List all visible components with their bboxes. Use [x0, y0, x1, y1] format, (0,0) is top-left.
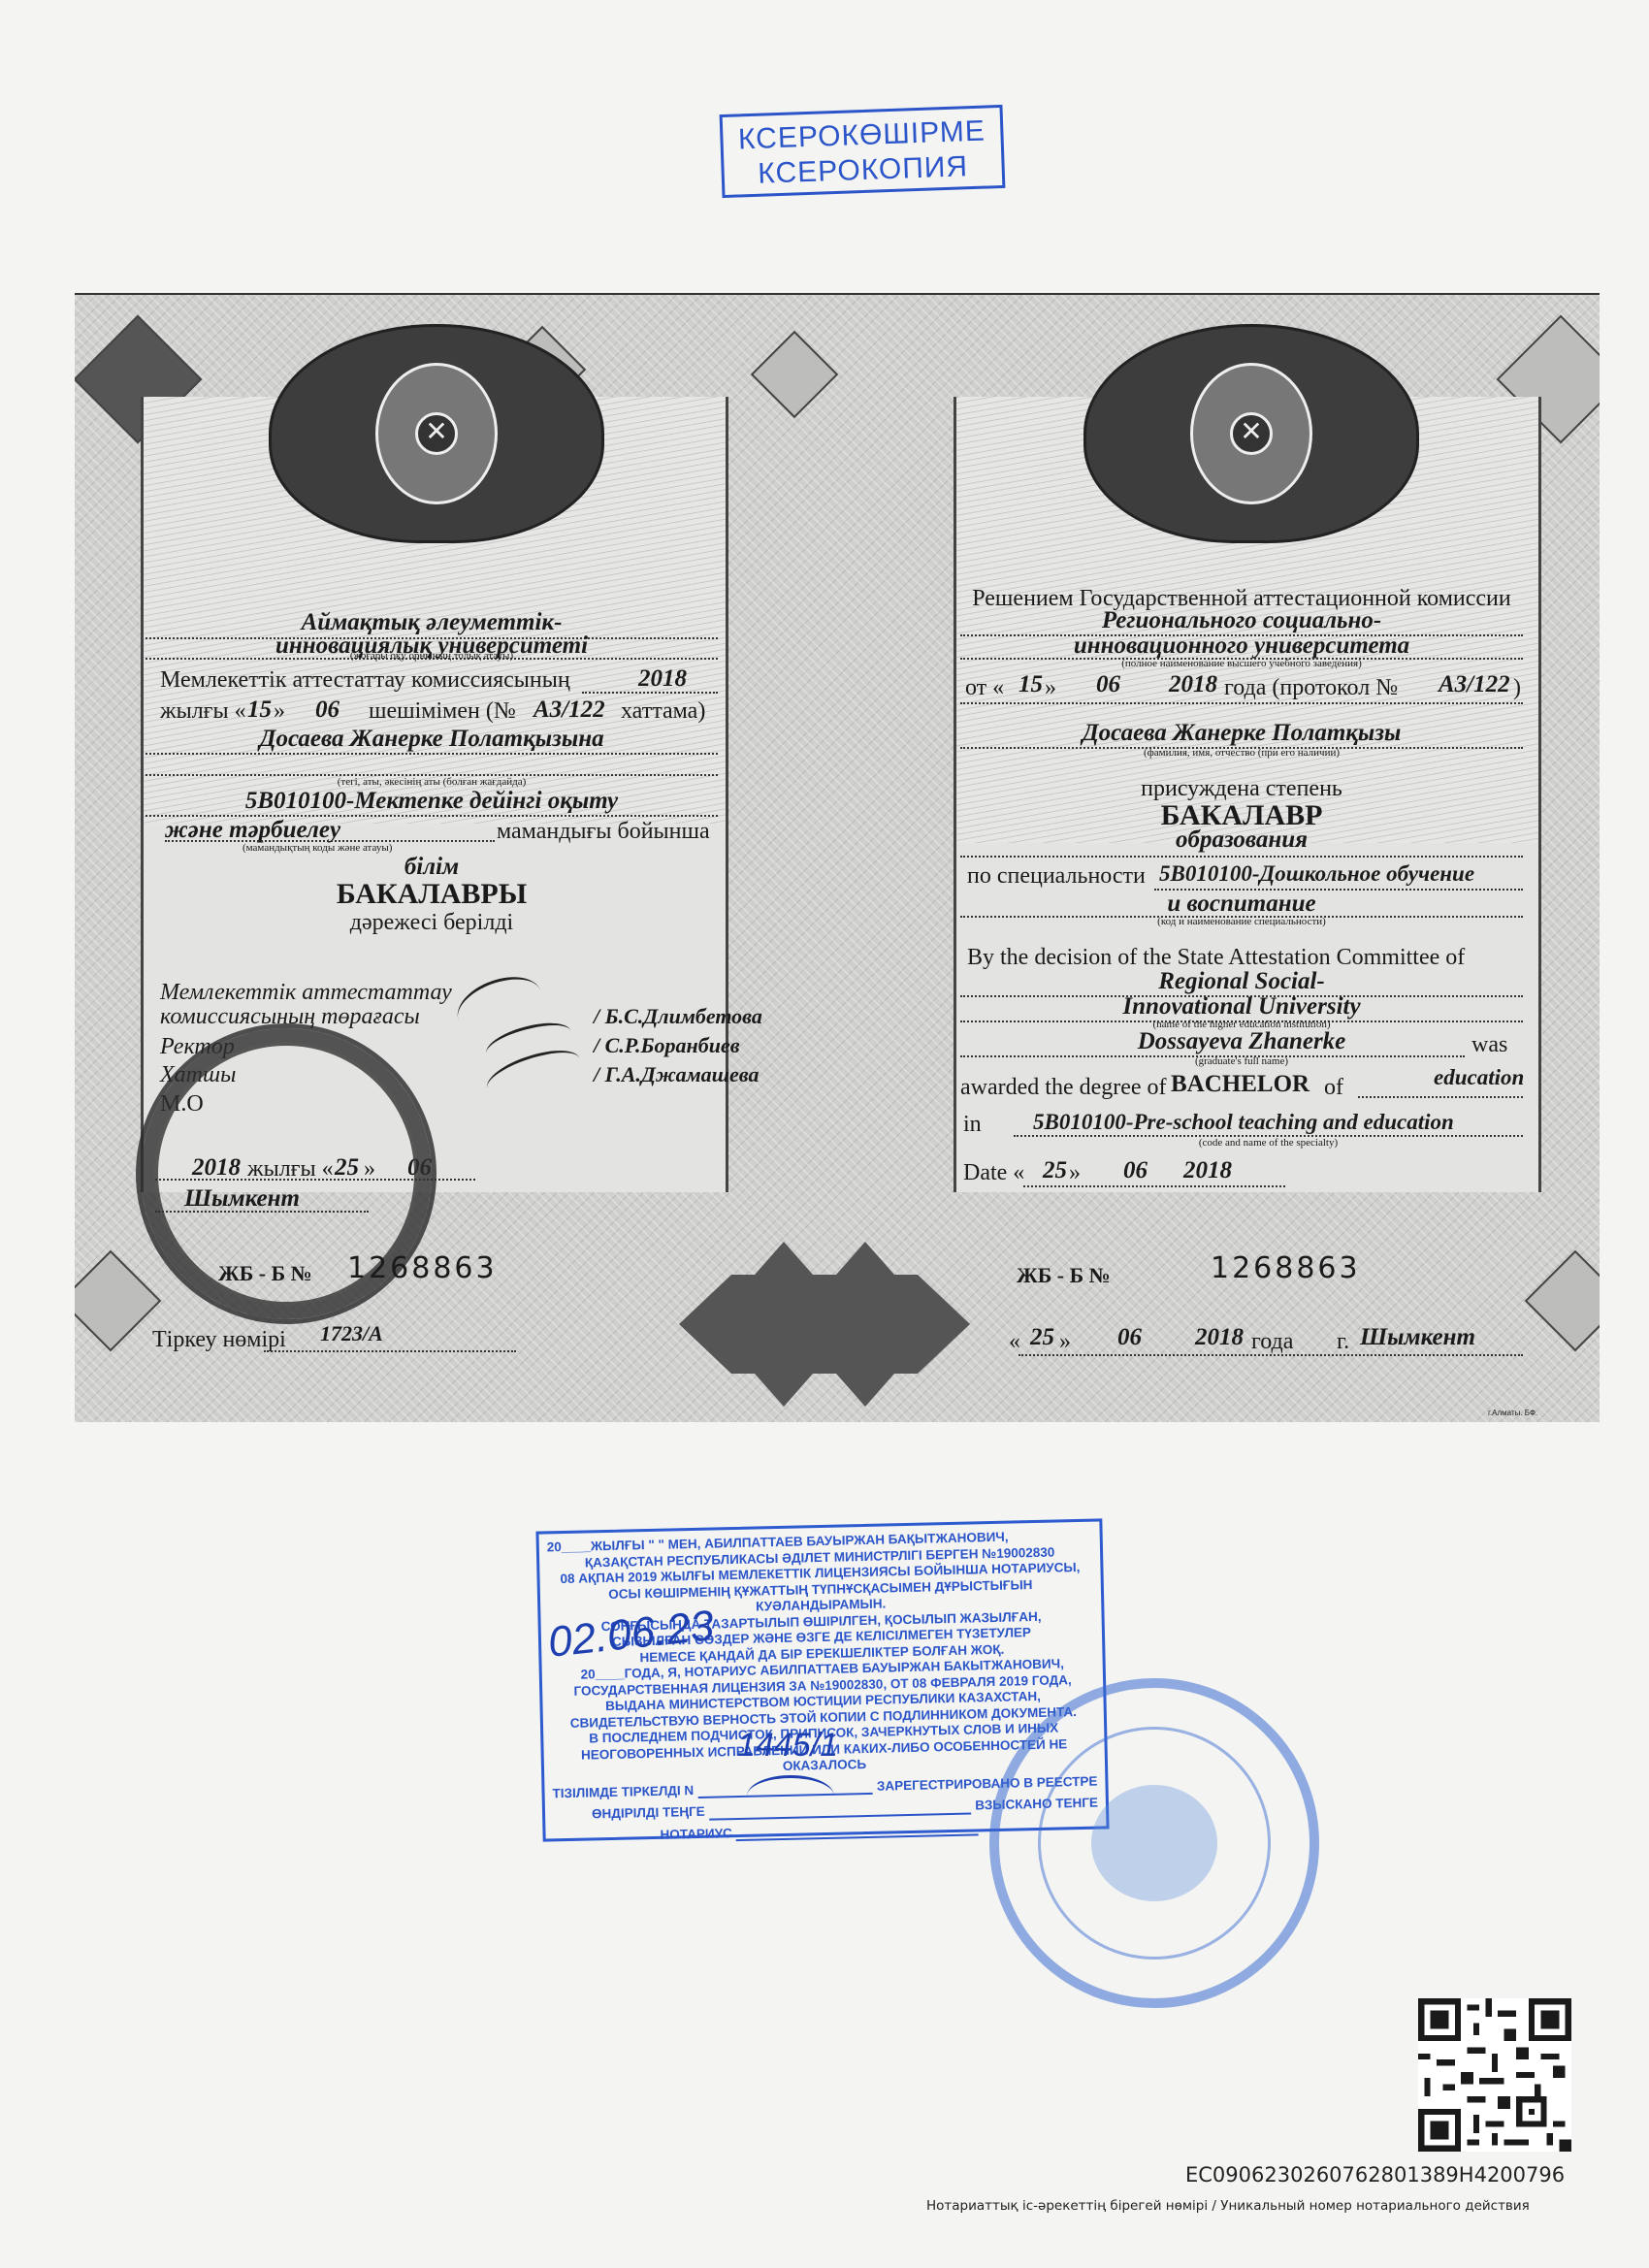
right-field: образования [960, 826, 1523, 854]
left-awarded: дәрежесі берілді [145, 910, 718, 936]
handwritten-registry-number: 1445/1 [737, 1727, 838, 1765]
left-month: 06 [315, 697, 339, 724]
left-series-label: ЖБ - Б № [218, 1261, 312, 1286]
en-day: 25 [1043, 1157, 1067, 1184]
right-year: 2018 [1169, 671, 1217, 698]
notary-round-seal [989, 1678, 1319, 2008]
left-year: 2018 [638, 665, 687, 693]
right-protocol: А3/122 [1439, 671, 1510, 698]
right-month: 06 [1096, 671, 1120, 698]
right-issue-month: 06 [1117, 1324, 1142, 1351]
printer-mark: г.Алматы. БФ. [1488, 1409, 1537, 1417]
right-university-line2: инновационного университета [960, 632, 1523, 660]
left-serial-number: 1268863 [347, 1251, 498, 1285]
en-specialty: 5B010100-Pre-school teaching and educati… [1033, 1110, 1454, 1135]
chair-name: / Б.С.Длимбетова [594, 1004, 762, 1029]
kazakhstan-emblem-icon [1091, 1785, 1217, 1901]
en-university-line2: Innovational University [960, 993, 1523, 1021]
ornament-diamond-icon [75, 1250, 161, 1352]
xerox-copy-stamp: КСЕРОКӨШІРМЕ КСЕРОКОПИЯ [720, 105, 1006, 198]
en-university-line1: Regional Social- [960, 968, 1523, 995]
en-field: education [1434, 1065, 1524, 1090]
rector-name: / С.Р.Боранбиев [594, 1033, 740, 1058]
left-specialty-line1: 5В010100-Мектепке дейінгі оқыту [145, 788, 718, 815]
right-graduate-name: Досаева Жанерке Полатқызы [960, 720, 1523, 747]
right-city: Шымкент [1360, 1324, 1475, 1351]
right-series-label: ЖБ - Б № [1017, 1263, 1111, 1288]
en-degree: BACHELOR [1171, 1071, 1309, 1098]
left-degree: БАКАЛАВРЫ [145, 878, 718, 911]
ornament-diamond-icon [751, 331, 839, 419]
en-month: 06 [1123, 1157, 1148, 1184]
left-commission-text: Мемлекеттік аттестаттау комиссиясының [160, 667, 570, 694]
right-university-line1: Регионального социально- [960, 607, 1523, 634]
right-day: 15 [1018, 671, 1043, 698]
left-date-prefix: жылғы « [160, 698, 246, 725]
left-day: 15 [247, 697, 272, 724]
en-graduate-name: Dossayeva Zhanerke [960, 1028, 1523, 1055]
secretary-name: / Г.А.Джамашева [594, 1062, 759, 1087]
notary-signature [747, 1775, 834, 1817]
right-issue-day: 25 [1030, 1324, 1054, 1351]
notarial-unique-number-caption: Нотариаттық іс-әрекеттің бірегей нөмірі … [926, 2198, 1530, 2214]
kazakhstan-emblem-icon: ✕ [269, 324, 604, 543]
left-graduate-name: Досаева Жанерке Полатқызына [145, 726, 718, 753]
qr-code[interactable] [1418, 1998, 1571, 2152]
right-specialty-line2: и воспитание [960, 891, 1523, 918]
left-name-caption: (тегі, аты, әкесінің аты (болған жағдайд… [145, 776, 718, 788]
notarial-unique-number: EC0906230260762801389H4200796 [1185, 2163, 1565, 2187]
ornament-diamond-icon [1525, 1250, 1600, 1352]
left-protocol: А3/122 [533, 697, 605, 724]
right-serial-number: 1268863 [1211, 1251, 1361, 1285]
kazakhstan-emblem-icon: ✕ [1083, 324, 1419, 543]
left-field: білім [145, 854, 718, 881]
left-university-caption: (жоғары оқу орнының толық атауы) [145, 650, 718, 662]
registration-number: 1723/А [320, 1321, 383, 1346]
right-specialty-line1: 5В010100-Дошкольное обучение [1159, 861, 1474, 887]
en-year: 2018 [1183, 1157, 1232, 1184]
right-issue-year: 2018 [1195, 1324, 1244, 1351]
left-specialty-caption: (мамандықтың коды және атауы) [242, 842, 392, 854]
